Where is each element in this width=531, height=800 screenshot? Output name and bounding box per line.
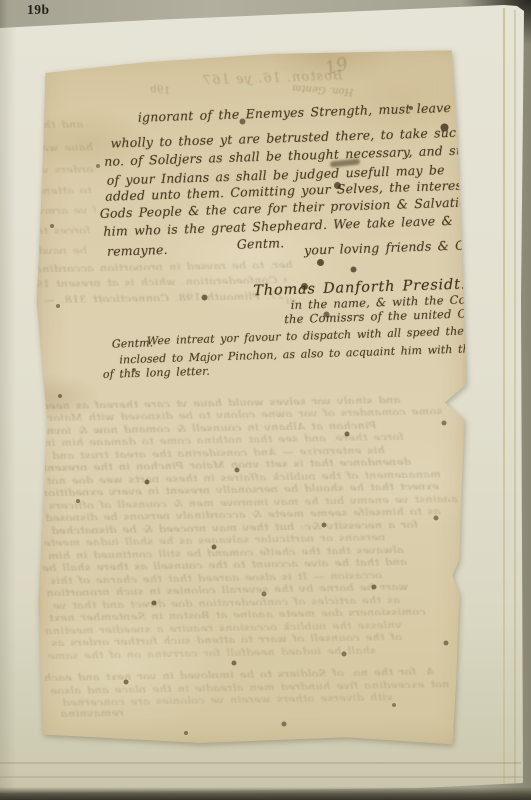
letter-text: ignorant of the Enemyes Strength, must l… (34, 31, 488, 750)
ink-dots (0, 0, 3, 5)
page-edge-line (0, 776, 523, 778)
ink-blots (36, 44, 39, 47)
ink-specks (36, 44, 40, 48)
backdrop-shadow (0, 787, 531, 800)
page-edge-line (514, 10, 516, 784)
manuscript-leaf: and thehaue weeorders ytto attendof ye a… (36, 44, 468, 750)
page-edge-line (0, 762, 521, 764)
letter-line: of this long letter. (103, 365, 210, 381)
manuscript-leaf-wrap: and thehaue weeorders ytto attendof ye a… (36, 44, 468, 750)
letter-line: Gentm. (237, 235, 285, 251)
letter-line: remayne. (107, 242, 168, 259)
page-edge-line (503, 8, 505, 786)
letter-line: ignorant of the Enemyes Strength, must l… (138, 99, 470, 124)
photo-backdrop: 19b and thehaue weeorders ytto attendof … (0, 0, 531, 800)
page-number-label: 19b (27, 2, 50, 18)
